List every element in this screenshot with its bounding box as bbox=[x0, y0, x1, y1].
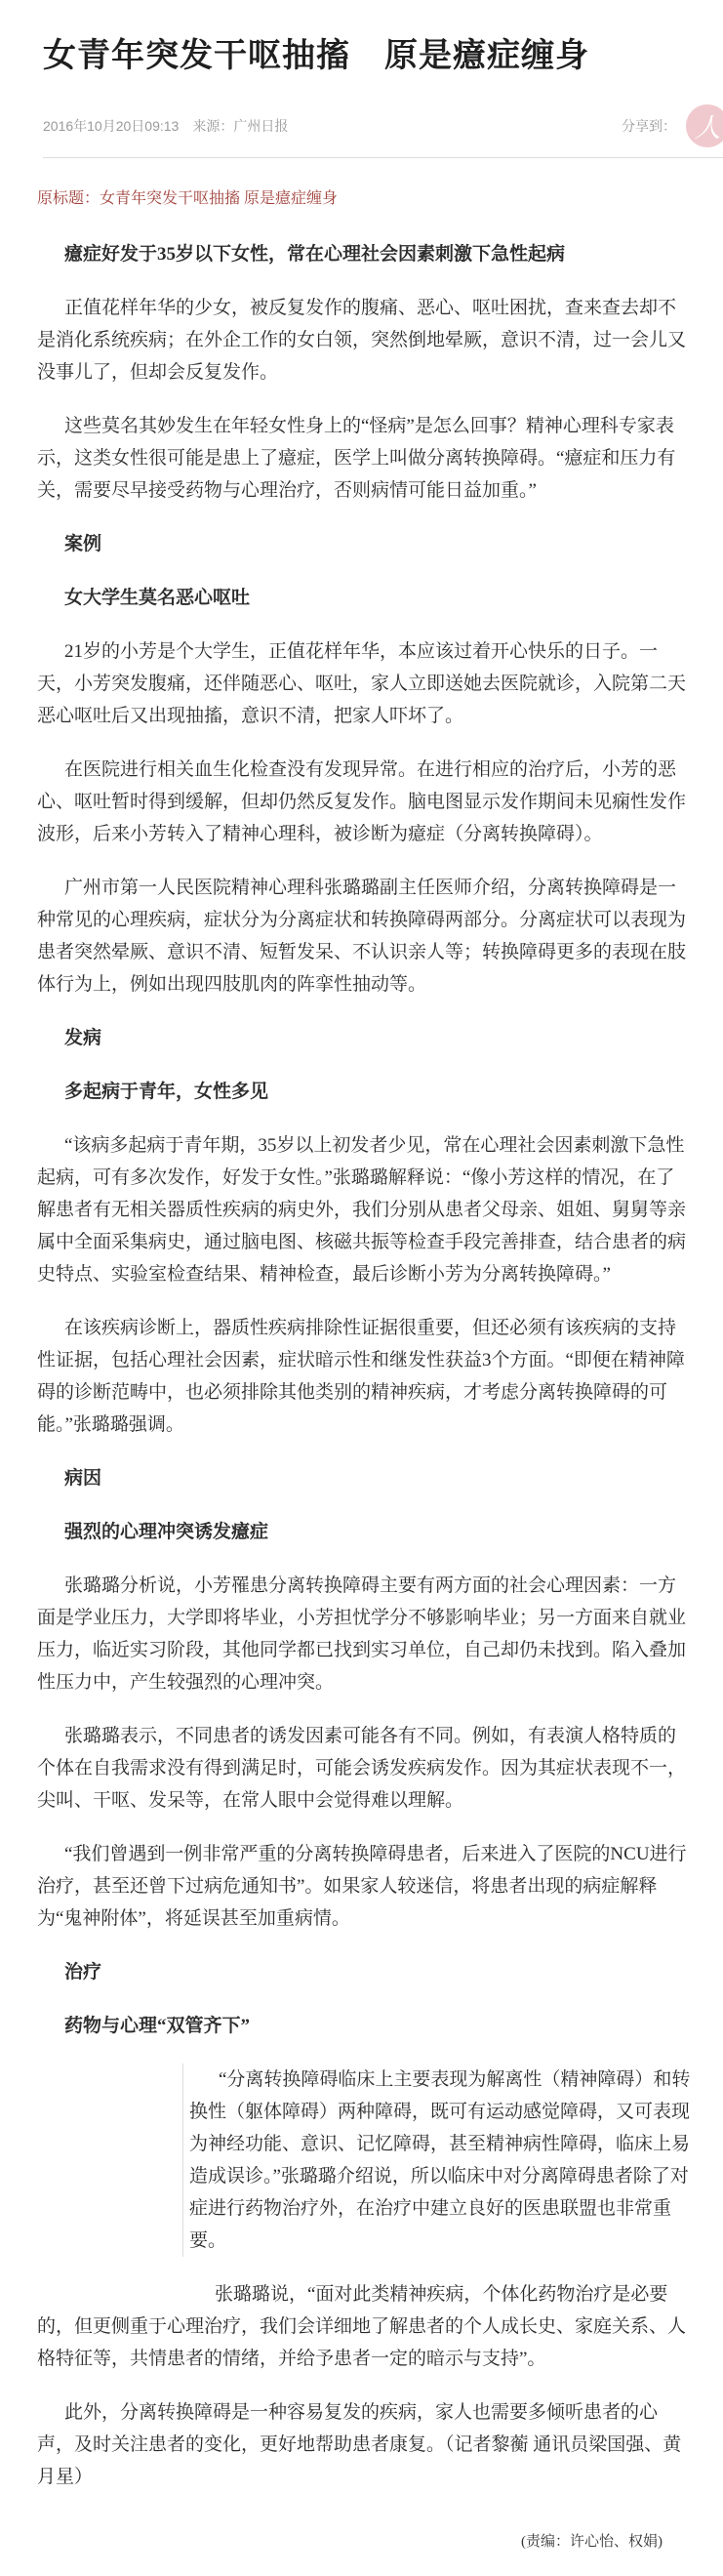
paragraph: 这些莫名其妙发生在年轻女性身上的“怪病”是怎么回事？精神心理科专家表示，这类女性… bbox=[37, 410, 693, 507]
original-title-line: 原标题：女青年突发干呕抽搐 原是癔症缠身 bbox=[37, 189, 693, 209]
publish-date: 2016年10月20日09:13 bbox=[43, 118, 179, 134]
paragraph: 广州市第一人民医院精神心理科张璐璐副主任医师介绍，分离转换障碍是一种常见的心理疾… bbox=[37, 872, 693, 1001]
section-heading: 治疗 bbox=[37, 1956, 693, 1988]
paragraph: 在医院进行相关血生化检查没有发现异常。在进行相应的治疗后，小芳的恶心、呕吐暂时得… bbox=[37, 754, 693, 850]
people-glyph: 人 bbox=[695, 106, 721, 144]
meta-row: 2016年10月20日09:13来源：广州日报 分享到： 人 bbox=[43, 104, 723, 158]
sub-heading: 多起病于青年，女性多见 bbox=[37, 1076, 693, 1108]
paragraph: 21岁的小芳是个大学生，正值花样年华，本应该过着开心快乐的日子。一天，小芳突发腹… bbox=[37, 635, 693, 732]
page-title: 女青年突发干呕抽搐 原是癔症缠身 bbox=[43, 37, 723, 77]
sub-heading: 强烈的心理冲突诱发癔症 bbox=[37, 1516, 693, 1548]
sub-heading: 女大学生莫名恶心呕吐 bbox=[37, 582, 693, 614]
article-blocks: 癔症好发于35岁以下女性，常在心理社会因素刺激下急性起病正值花样年华的少女，被反… bbox=[37, 238, 693, 2493]
paragraph: 正值花样年华的少女，被反复发作的腹痛、恶心、呕吐困扰，查来查去却不是消化系统疾病… bbox=[37, 292, 693, 388]
people-daily-logo-icon[interactable]: 人 bbox=[686, 104, 723, 147]
sub-heading: 药物与心理“双管齐下” bbox=[37, 2010, 693, 2042]
article-page: 女青年突发干呕抽搐 原是癔症缠身 2016年10月20日09:13来源：广州日报… bbox=[0, 0, 723, 2576]
article-body: 原标题：女青年突发干呕抽搐 原是癔症缠身 癔症好发于35岁以下女性，常在心理社会… bbox=[0, 189, 723, 2558]
editor-credit-line: (责编：许心怡、权娟) bbox=[37, 2518, 693, 2558]
share-bar: 分享到： 人 bbox=[622, 104, 723, 147]
paragraph: “该病多起病于青年期，35岁以上初发者少见，常在心理社会因素刺激下急性起病，可有… bbox=[37, 1129, 693, 1290]
section-heading: 病因 bbox=[37, 1462, 693, 1494]
meta-info: 2016年10月20日09:13来源：广州日报 bbox=[43, 116, 288, 136]
article-header: 女青年突发干呕抽搐 原是癔症缠身 bbox=[0, 0, 723, 77]
paragraph: 张璐璐说，“面对此类精神疾病，个体化药物治疗是必要的，但更侧重于心理治疗，我们会… bbox=[37, 2278, 693, 2375]
share-to-label: 分享到： bbox=[622, 116, 676, 136]
paragraph: 此外，分离转换障碍是一种容易复发的疾病，家人也需要多倾听患者的心声，及时关注患者… bbox=[37, 2396, 693, 2493]
section-heading: 发病 bbox=[37, 1022, 693, 1054]
paragraph: 张璐璐分析说，小芳罹患分离转换障碍主要有两方面的社会心理因素：一方面是学业压力，… bbox=[37, 1570, 693, 1698]
paragraph: 张璐璐表示，不同患者的诱发因素可能各有不同。例如，有表演人格特质的个体在自我需求… bbox=[37, 1720, 693, 1817]
pull-quote: “分离转换障碍临床上主要表现为解离性（精神障碍）和转换性（躯体障碍）两种障碍，既… bbox=[182, 2064, 693, 2257]
paragraph: 在该疾病诊断上，器质性疾病排除性证据很重要，但还必须有该疾病的支持性证据，包括心… bbox=[37, 1312, 693, 1441]
lead-heading: 癔症好发于35岁以下女性，常在心理社会因素刺激下急性起病 bbox=[37, 238, 693, 270]
source-label: 来源：广州日报 bbox=[192, 118, 288, 134]
section-heading: 案例 bbox=[37, 528, 693, 560]
paragraph: “我们曾遇到一例非常严重的分离转换障碍患者，后来进入了医院的NCU进行治疗，甚至… bbox=[37, 1838, 693, 1935]
